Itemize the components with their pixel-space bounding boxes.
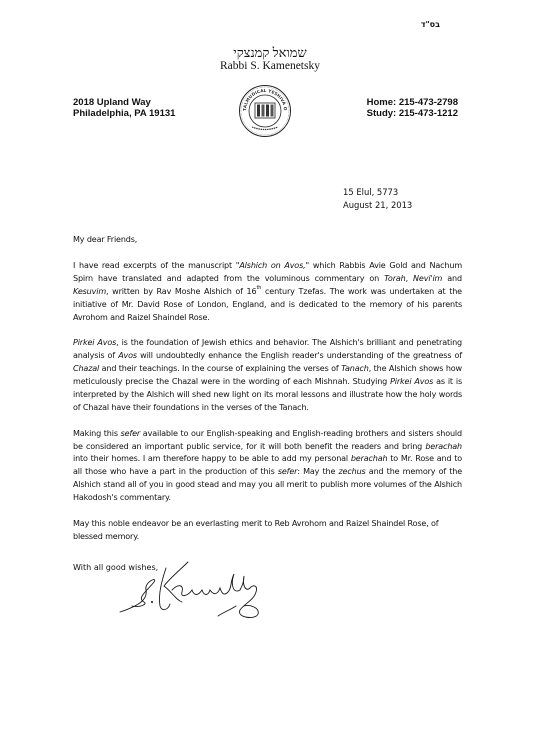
letter-body: My dear Friends, I have read excerpts of… (73, 234, 462, 557)
paragraph-3: Making this sefer available to our Engli… (73, 428, 462, 505)
phone-block: Home: 215-473-2798 Study: 215-473-1212 (367, 97, 458, 119)
salutation: My dear Friends, (73, 234, 462, 247)
paragraph-1: I have read excerpts of the manuscript "… (73, 260, 462, 325)
gregorian-date: August 21, 2013 (343, 199, 412, 212)
address-block: 2018 Upland Way Philadelphia, PA 19131 (73, 97, 175, 119)
paragraph-4: May this noble endeavor be an everlastin… (73, 518, 462, 544)
handwritten-signature-icon (118, 560, 268, 620)
address-line-1: 2018 Upland Way (73, 97, 175, 108)
hebrew-name: שמואל קמנצקי (0, 45, 540, 61)
date-block: 15 Elul, 5773 August 21, 2013 (343, 186, 412, 211)
yeshiva-seal-icon: TALMUDICAL YESHIVA OF PHILADELPHIA (238, 84, 292, 138)
english-name: Rabbi S. Kamenetsky (0, 60, 540, 72)
hebrew-date: 15 Elul, 5773 (343, 186, 412, 199)
bsd-header: בס"ד (421, 20, 440, 29)
paragraph-2: Pirkei Avos, is the foundation of Jewish… (73, 337, 462, 414)
address-line-2: Philadelphia, PA 19131 (73, 108, 175, 119)
phone-home: Home: 215-473-2798 (367, 97, 458, 108)
phone-study: Study: 215-473-1212 (367, 108, 458, 119)
